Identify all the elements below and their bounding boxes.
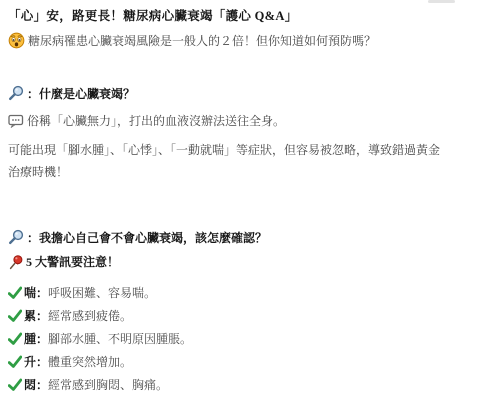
checkmark-icon <box>8 309 22 323</box>
checkmark-icon <box>8 378 22 392</box>
answer-1-text: 俗稱「心臟無力」，打出的血液沒辦法送往全身。 <box>27 112 285 129</box>
intro-line: 糖尿病罹患心臟衰竭風險是一般人的２倍！但你知道如何預防嗎？ <box>8 30 376 50</box>
symptom-description: 腳部水腫、不明原因腫脹。 <box>48 330 192 347</box>
warning-heading-text: 5 大警訊要注意！ <box>26 253 119 270</box>
checkmark-icon <box>8 355 22 369</box>
speech-balloon-icon <box>8 113 24 128</box>
separator: ： <box>36 330 48 347</box>
question-1: ：什麼是心臟衰竭？ <box>8 84 135 102</box>
astonished-face-icon <box>8 32 25 49</box>
separator: ： <box>36 376 48 393</box>
warning-heading: 5 大警訊要注意！ <box>8 252 119 271</box>
symptom-keyword: 累 <box>24 307 36 324</box>
list-item: 腫：腳部水腫、不明原因腫脹。 <box>8 327 192 350</box>
intro-text: 糖尿病罹患心臟衰竭風險是一般人的２倍！但你知道如何預防嗎？ <box>28 32 376 49</box>
symptom-description: 體重突然增加。 <box>48 353 132 370</box>
symptom-description: 經常感到疲倦。 <box>48 307 132 324</box>
separator: ： <box>36 307 48 324</box>
answer-1: 俗稱「心臟無力」，打出的血液沒辦法送往全身。 <box>8 111 285 129</box>
checkmark-icon <box>8 332 22 346</box>
symptom-description: 呼吸困難、容易喘。 <box>48 284 156 301</box>
page-title: 「心」安，路更長！糖尿病心臟衰竭「護心 Q&A」 <box>8 6 298 24</box>
symptom-keyword: 喘 <box>24 284 36 301</box>
checkmark-icon <box>8 286 22 300</box>
question-2-text: ：我擔心自己會不會心臟衰竭，該怎麼確認？ <box>27 229 267 246</box>
list-item: 悶：經常感到胸悶、胸痛。 <box>8 373 192 396</box>
magnifier-icon <box>8 85 24 101</box>
symptom-keyword: 升 <box>24 353 36 370</box>
symptom-keyword: 腫 <box>24 330 36 347</box>
question-1-text: ：什麼是心臟衰竭？ <box>27 85 135 102</box>
list-item: 喘：呼吸困難、容易喘。 <box>8 281 192 304</box>
symptom-keyword: 悶 <box>24 376 36 393</box>
symptom-description: 經常感到胸悶、胸痛。 <box>48 376 168 393</box>
scrollbar-thumb-fragment <box>428 0 455 3</box>
answer-1-detail: 可能出現「腳水腫」、「心悸」、「一動就喘」等症狀，但容易被忽略，導致錯過黃金治療… <box>8 139 448 183</box>
pushpin-icon <box>8 254 23 270</box>
list-item: 累：經常感到疲倦。 <box>8 304 192 327</box>
list-item: 升：體重突然增加。 <box>8 350 192 373</box>
warning-checklist: 喘：呼吸困難、容易喘。 累：經常感到疲倦。 腫：腳部水腫、不明原因腫脹。 升：體… <box>8 281 192 396</box>
separator: ： <box>36 353 48 370</box>
separator: ： <box>36 284 48 301</box>
question-2: ：我擔心自己會不會心臟衰竭，該怎麼確認？ <box>8 228 267 246</box>
magnifier-icon <box>8 229 24 245</box>
